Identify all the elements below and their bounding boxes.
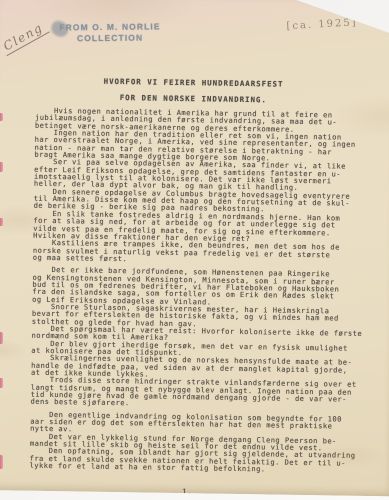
- red-edge-mark: [0, 162, 3, 172]
- scanned-document-page: { "annotations": { "name_note": "Cleng",…: [0, 0, 389, 500]
- stamp-line-1: FROM O. M. NORLIE: [59, 21, 160, 33]
- title-line-1: HVORFOR VI FEIRER HUNDREDAARSFEST: [0, 75, 389, 90]
- handwritten-name-note: Cleng: [0, 18, 50, 56]
- title-line-2: FOR DEN NORSKE INDVANDRING.: [0, 90, 389, 105]
- red-edge-mark: [0, 455, 3, 469]
- red-edge-mark: [0, 378, 3, 388]
- red-edge-mark: [0, 218, 3, 226]
- red-edge-mark: [0, 332, 3, 344]
- page-number: 1.: [0, 484, 389, 499]
- collection-stamp: FROM O. M. NORLIE COLLECTION: [59, 21, 161, 43]
- red-edge-mark: [0, 113, 3, 121]
- handwritten-date-note: [ca. 1925]: [286, 17, 358, 32]
- typed-lines: Hvis nogen nationalitet i Amerika har gr…: [29, 107, 389, 475]
- stamp-line-2: COLLECTION: [59, 32, 160, 44]
- paper-sheet: FROM O. M. NORLIE COLLECTION Cleng [ca. …: [0, 0, 389, 496]
